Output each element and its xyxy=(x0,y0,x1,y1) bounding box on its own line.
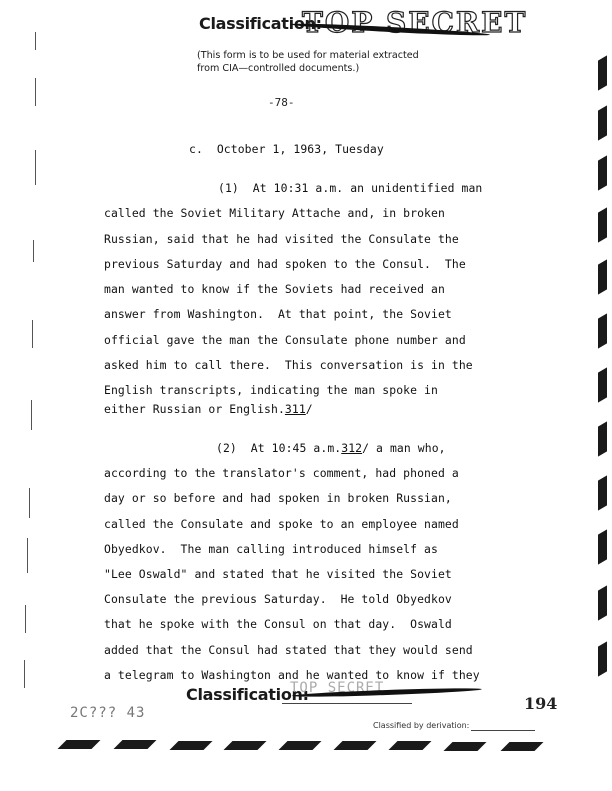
border-mark xyxy=(598,155,607,190)
border-mark xyxy=(598,421,607,456)
paragraph-2-line-5: Obyedkov. The man calling introduced him… xyxy=(104,542,438,556)
border-mark xyxy=(170,741,213,750)
margin-tick xyxy=(33,240,34,262)
margin-tick xyxy=(32,320,33,348)
border-mark xyxy=(598,641,607,676)
border-mark xyxy=(334,741,377,750)
paragraph-2-line-9: added that the Consul had stated that th… xyxy=(104,643,473,657)
footnote-ref-312: 312 xyxy=(341,441,362,455)
border-mark xyxy=(58,740,101,749)
border-mark xyxy=(444,742,487,751)
border-mark xyxy=(598,313,607,348)
paragraph-1-line-5: man wanted to know if the Soviets had re… xyxy=(104,282,445,296)
paragraph-2-line-2: according to the translator's comment, h… xyxy=(104,466,459,480)
header-top-secret-stamp: TOP SECRET xyxy=(302,6,527,39)
margin-tick xyxy=(35,78,36,106)
form-note-line-2: from CIA—controlled documents.) xyxy=(197,63,359,75)
border-mark xyxy=(389,741,432,750)
paragraph-2-line-6: "Lee Oswald" and stated that he visited … xyxy=(104,567,452,581)
border-mark xyxy=(598,529,607,564)
margin-tick xyxy=(25,605,26,633)
margin-tick xyxy=(35,150,36,185)
margin-tick xyxy=(24,660,25,688)
paragraph-1-line-2: called the Soviet Military Attache and, … xyxy=(104,206,445,220)
margin-tick xyxy=(35,32,36,50)
border-mark xyxy=(279,741,322,750)
border-mark xyxy=(598,585,607,620)
border-mark xyxy=(114,740,157,749)
paragraph-2-line-3: day or so before and had spoken in broke… xyxy=(104,491,452,505)
document-page: Classification: TOP SECRET (This form is… xyxy=(0,0,612,791)
paragraph-1-line-9: English transcripts, indicating the man … xyxy=(104,383,438,397)
border-mark xyxy=(598,105,607,140)
border-mark xyxy=(598,367,607,402)
paragraph-2-line-1: (2) At 10:45 a.m.312/ a man who, xyxy=(216,441,446,455)
border-mark xyxy=(598,207,607,242)
footnote-slash: / xyxy=(306,402,313,416)
paragraph-2-line-4: called the Consulate and spoke to an emp… xyxy=(104,517,459,531)
form-note-line-1: (This form is to be used for material ex… xyxy=(197,50,419,62)
paragraph-1-line-3: Russian, said that he had visited the Co… xyxy=(104,232,459,246)
margin-tick xyxy=(27,538,28,573)
paragraph-2-line-8: that he spoke with the Consul on that da… xyxy=(104,617,452,631)
border-mark xyxy=(224,741,267,750)
paragraph-2-prefix: (2) At 10:45 a.m. xyxy=(216,441,341,455)
paragraph-1-line-1: (1) At 10:31 a.m. an unidentified man xyxy=(218,181,482,195)
paragraph-2-suffix: / a man who, xyxy=(362,441,446,455)
border-mark xyxy=(598,475,607,510)
page-count-number: 194 xyxy=(524,694,557,713)
margin-tick xyxy=(29,488,30,518)
paragraph-2-line-7: Consulate the previous Saturday. He told… xyxy=(104,592,452,606)
classified-by-label: Classified by derivation: xyxy=(373,721,469,730)
paragraph-1-last-text: either Russian or English. xyxy=(104,402,285,416)
paragraph-1-line-8: asked him to call there. This conversati… xyxy=(104,358,473,372)
classified-by-blank-line xyxy=(471,730,535,731)
border-mark xyxy=(598,55,607,90)
margin-tick xyxy=(31,400,32,430)
paragraph-1-line-6: answer from Washington. At that point, t… xyxy=(104,307,452,321)
paragraph-1-line-4: previous Saturday and had spoken to the … xyxy=(104,257,466,271)
paragraph-1-line-10: either Russian or English.311/ xyxy=(104,402,313,416)
paragraph-1-line-7: official gave the man the Consulate phon… xyxy=(104,333,466,347)
border-mark xyxy=(501,742,544,751)
page-number: -78- xyxy=(268,96,295,109)
section-heading: c. October 1, 1963, Tuesday xyxy=(189,142,384,156)
border-mark xyxy=(598,259,607,294)
footnote-ref-311: 311 xyxy=(285,402,306,416)
footer-classification-underline xyxy=(282,703,412,704)
document-id: 2C??? 43 xyxy=(70,705,145,721)
